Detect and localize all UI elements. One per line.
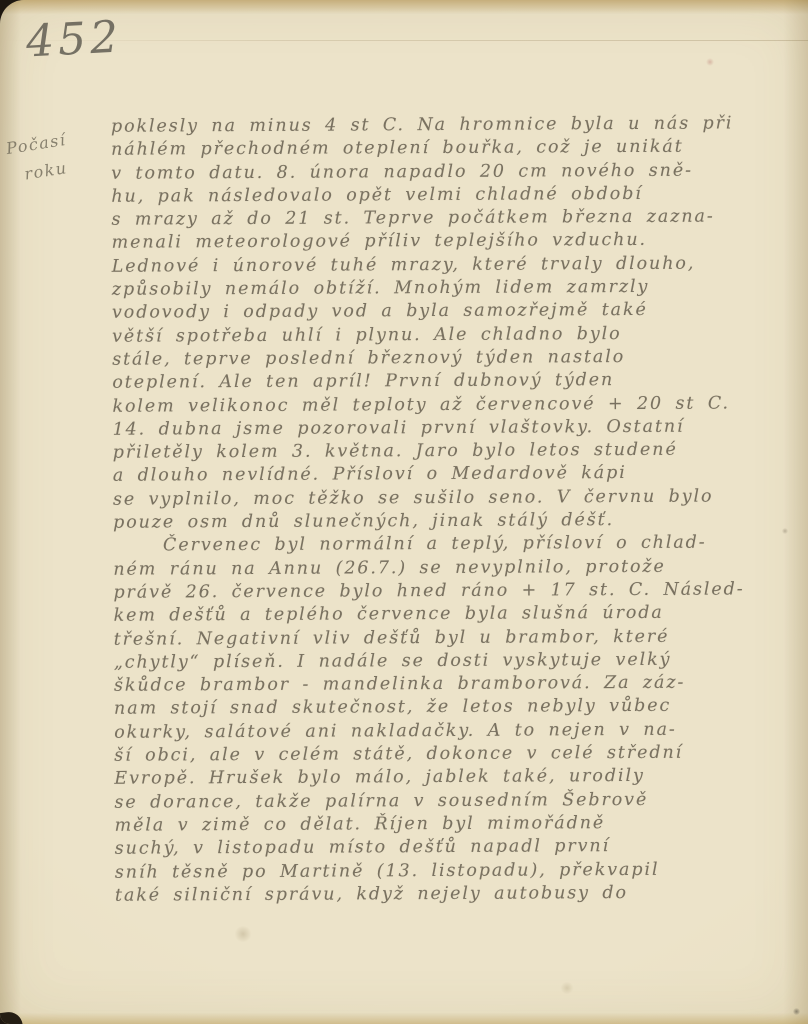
paper-stain (793, 1008, 800, 1015)
text-line: sníh těsně po Martině (13. listopadu), p… (115, 858, 763, 885)
paper-stain (234, 926, 252, 942)
text-line: vodovody i odpady vod a byla samozřejmě … (112, 299, 760, 326)
text-line: v tomto datu. 8. února napadlo 20 cm nov… (111, 159, 759, 186)
handwritten-text-block: poklesly na minus 4 st C. Na hromnice by… (111, 112, 763, 907)
margin-note-line: Počasí (5, 130, 68, 158)
text-line: třešní. Negativní vliv dešťů byl u bramb… (114, 625, 762, 652)
page-number: 452 (25, 12, 124, 68)
text-line: pouze osm dnů slunečných, jinak stálý dé… (113, 508, 761, 535)
text-line: menali meteorologové příliv teplejšího v… (112, 229, 760, 256)
paper-stain (782, 528, 788, 534)
text-line: kem dešťů a teplého července byla slušná… (113, 602, 761, 629)
paper-edge-bottom (0, 1012, 808, 1024)
text-line: přiletěly kolem 3. května. Jaro bylo let… (113, 438, 761, 465)
text-line: Lednové i únorové tuhé mrazy, které trva… (112, 252, 760, 279)
text-line: oteplení. Ale ten apríl! První dubnový t… (112, 369, 760, 396)
text-line: stále, teprve poslední březnový týden na… (112, 345, 760, 372)
text-line: s mrazy až do 21 st. Teprve počátkem bře… (111, 205, 759, 232)
text-line: ší obci, ale v celém státě, dokonce v ce… (114, 741, 762, 768)
text-line: kolem velikonoc měl teploty až červencov… (112, 392, 760, 419)
notebook-page: 452 Počasí roku poklesly na minus 4 st C… (0, 0, 808, 1024)
text-line: 14. dubna jsme pozorovali první vlaštovk… (113, 415, 761, 442)
text-line: právě 26. července bylo hned ráno + 17 s… (113, 578, 761, 605)
text-line: a dlouho nevlídné. Přísloví o Medardově … (113, 462, 761, 489)
text-line: škůdce brambor - mandelinka bramborová. … (114, 671, 762, 698)
paper-stain (706, 58, 714, 66)
paper-edge-top (0, 0, 808, 16)
text-line: nam stojí snad skutečnost, že letos neby… (114, 695, 762, 722)
text-line: suchý, v listopadu místo dešťů napadl pr… (115, 835, 763, 862)
text-line: ném ránu na Annu (26.7.) se nevyplnilo, … (113, 555, 761, 582)
text-line: Evropě. Hrušek bylo málo, jablek také, u… (114, 765, 762, 792)
text-line: také silniční správu, když nejely autobu… (115, 881, 763, 908)
text-line: poklesly na minus 4 st C. Na hromnice by… (111, 112, 759, 139)
paper-stain (560, 982, 574, 994)
text-line: se dorance, takže palírna v sousedním Še… (114, 788, 762, 815)
paper-edge-right (782, 0, 808, 1024)
text-line: Červenec byl normální a teplý, přísloví … (113, 532, 761, 559)
margin-note: Počasí roku (4, 121, 102, 190)
text-line: „chytly“ plíseň. I nadále se dosti vysky… (114, 648, 762, 675)
text-line: okurky, salátové ani nakladačky. A to ne… (114, 718, 762, 745)
text-line: měla v zimě co dělat. Říjen byl mimořádn… (115, 811, 763, 838)
text-line: způsobily nemálo obtíží. Mnohým lidem za… (112, 275, 760, 302)
text-line: náhlém přechodném oteplení bouřka, což j… (111, 136, 759, 163)
text-line: se vyplnilo, moc těžko se sušilo seno. V… (113, 485, 761, 512)
text-line: hu, pak následovalo opět velmi chladné o… (111, 182, 759, 209)
text-line: větší spotřeba uhlí i plynu. Ale chladno… (112, 322, 760, 349)
torn-corner-mark (0, 1010, 23, 1024)
